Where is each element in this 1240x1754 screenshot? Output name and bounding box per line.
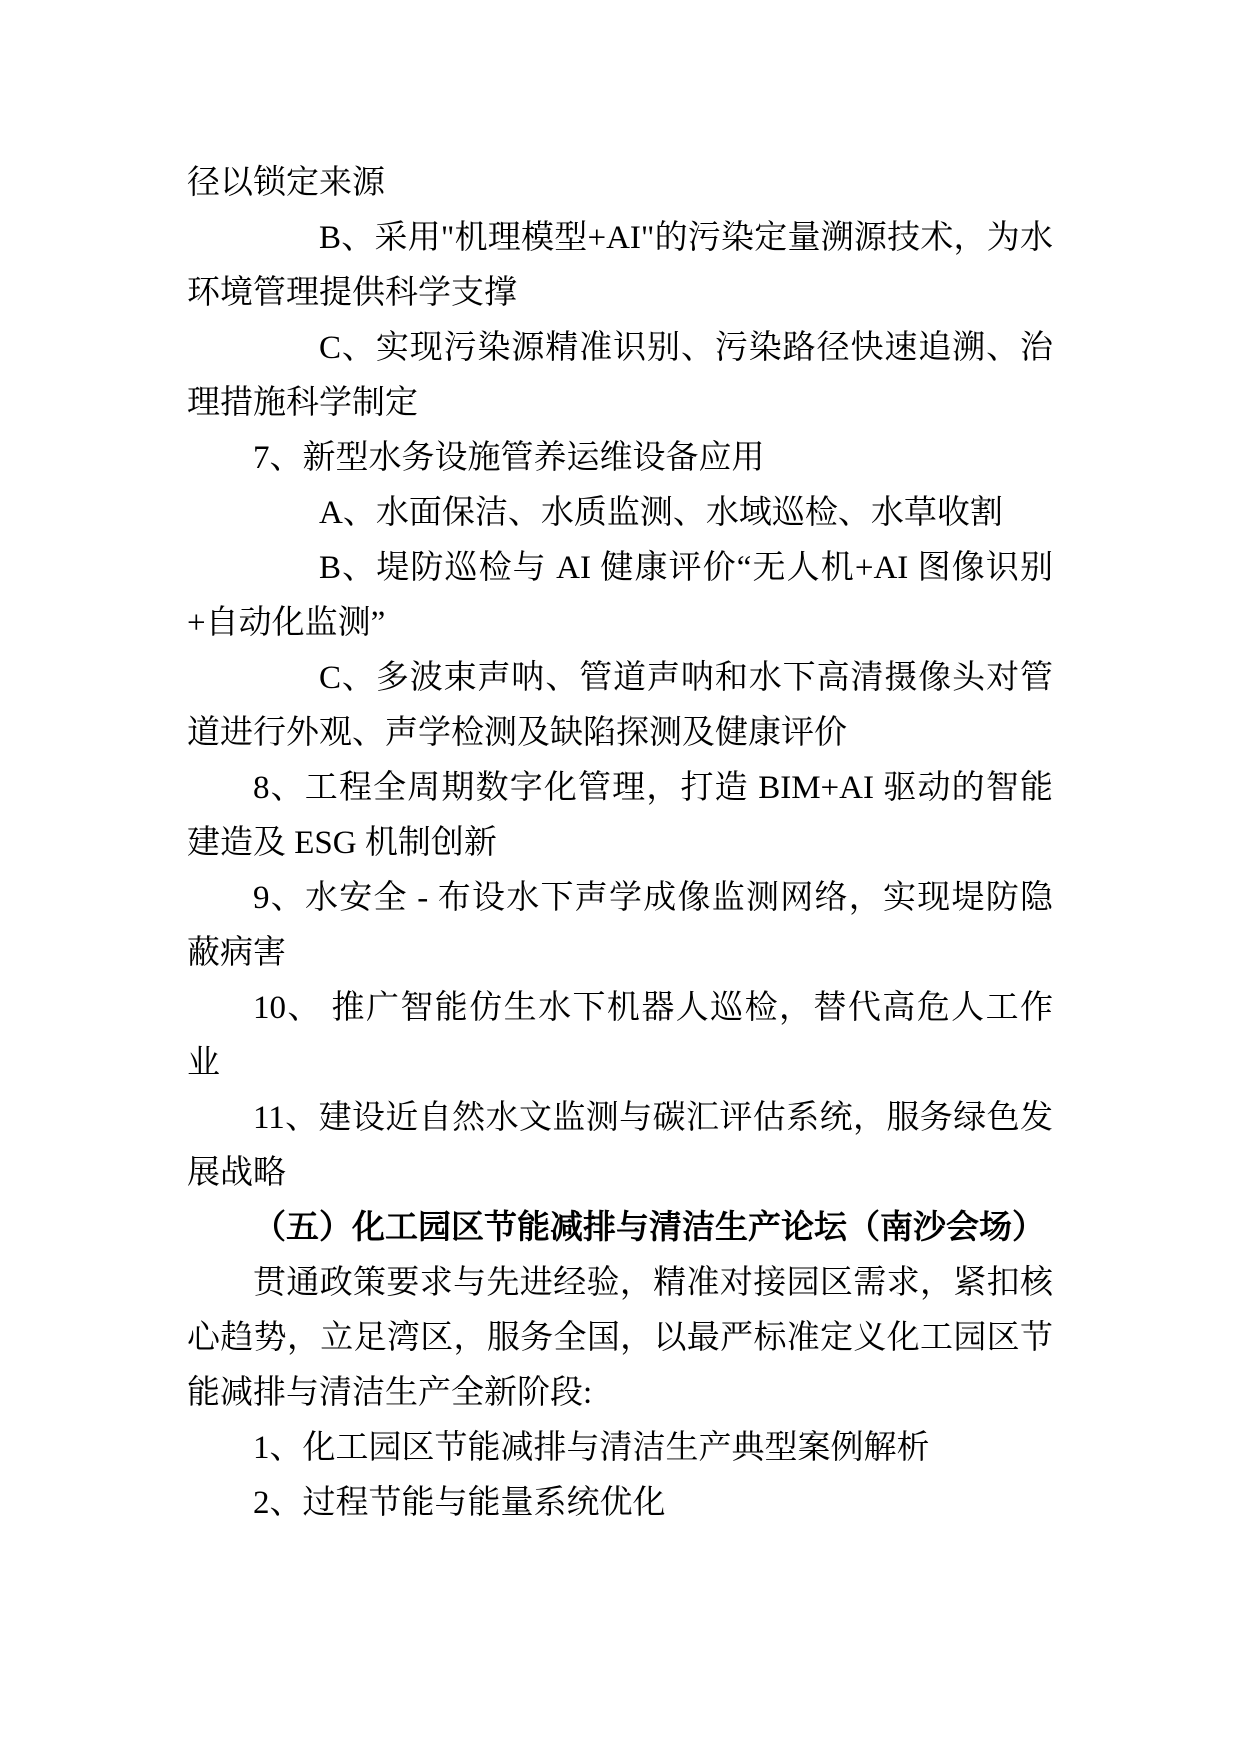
item-7-option-a: A、水面保洁、水质监测、水域巡检、水草收割: [187, 486, 1053, 541]
section-5-intro: 贯通政策要求与先进经验，精准对接园区需求，紧扣核心趋势，立足湾区，服务全国，以最…: [187, 1256, 1053, 1421]
item-7-option-c: C、多波束声呐、管道声呐和水下高清摄像头对管道进行外观、声学检测及缺陷探测及健康…: [187, 651, 1053, 761]
item-6-option-b: B、采用"机理模型+AI"的污染定量溯源技术，为水环境管理提供科学支撑: [187, 211, 1053, 321]
item-8: 8、工程全周期数字化管理，打造 BIM+AI 驱动的智能建造及 ESG 机制创新: [187, 761, 1053, 871]
section-5-item-2: 2、过程节能与能量系统优化: [187, 1476, 1053, 1531]
item-7: 7、新型水务设施管养运维设备应用: [187, 431, 1053, 486]
item-6-option-c: C、实现污染源精准识别、污染路径快速追溯、治理措施科学制定: [187, 321, 1053, 431]
item-9: 9、水安全 - 布设水下声学成像监测网络，实现堤防隐蔽病害: [187, 871, 1053, 981]
section-5-heading: （五）化工园区节能减排与清洁生产论坛（南沙会场）: [187, 1201, 1053, 1256]
item-7-option-b: B、堤防巡检与 AI 健康评价“无人机+AI 图像识别+自动化监测”: [187, 541, 1053, 651]
item-11: 11、建设近自然水文监测与碳汇评估系统，服务绿色发展战略: [187, 1091, 1053, 1201]
item-10: 10、 推广智能仿生水下机器人巡检，替代高危人工作业: [187, 981, 1053, 1091]
document-body: 径以锁定来源 B、采用"机理模型+AI"的污染定量溯源技术，为水环境管理提供科学…: [187, 156, 1053, 1531]
document-page: 径以锁定来源 B、采用"机理模型+AI"的污染定量溯源技术，为水环境管理提供科学…: [0, 0, 1240, 1754]
paragraph-continuation: 径以锁定来源: [187, 156, 1053, 211]
section-5-item-1: 1、化工园区节能减排与清洁生产典型案例解析: [187, 1421, 1053, 1476]
